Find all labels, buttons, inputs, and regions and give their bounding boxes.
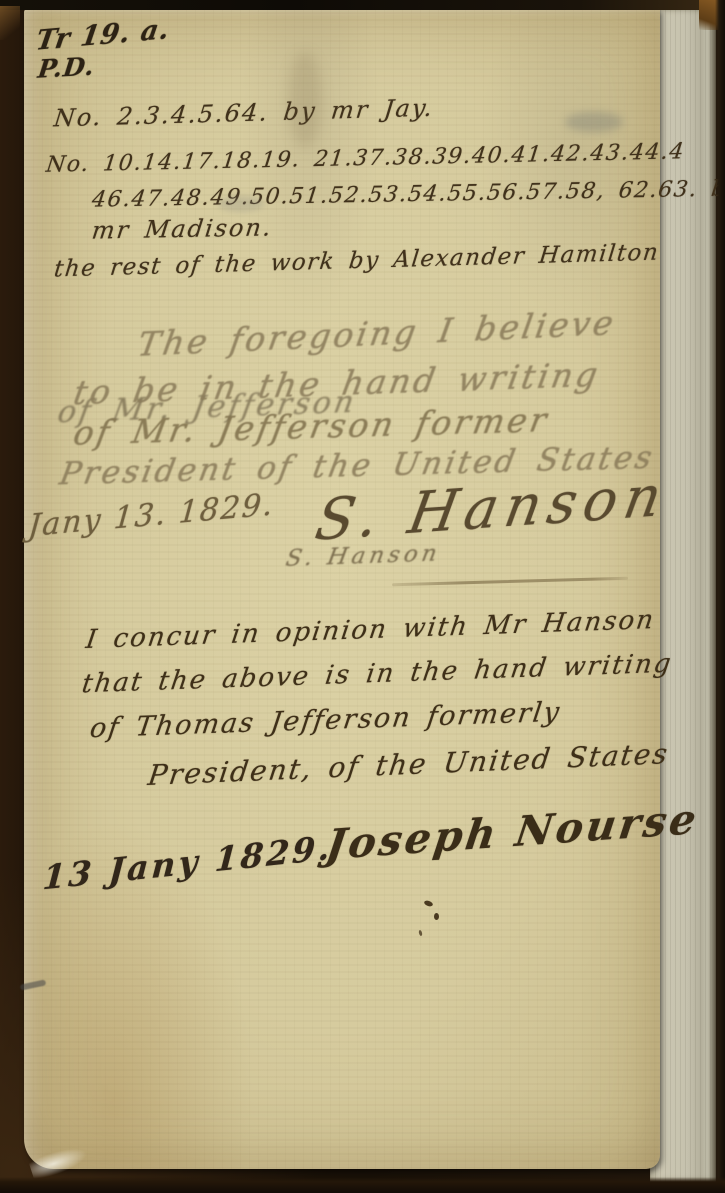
leather-corner-top-left xyxy=(0,6,20,40)
bottom-binding-edge xyxy=(0,1177,725,1193)
eraser-smudge xyxy=(218,196,264,212)
ownership-mark-2: P.D. xyxy=(36,53,96,81)
ink-blot xyxy=(434,913,439,920)
top-binding-edge xyxy=(0,0,725,10)
hanson-ghost-signature: S. Hanson xyxy=(284,542,443,571)
ink-smudge xyxy=(288,52,322,148)
right-binding-edge xyxy=(715,0,725,1193)
ink-smudge xyxy=(565,112,623,132)
attribution-madison-name: mr Madison. xyxy=(91,215,275,242)
